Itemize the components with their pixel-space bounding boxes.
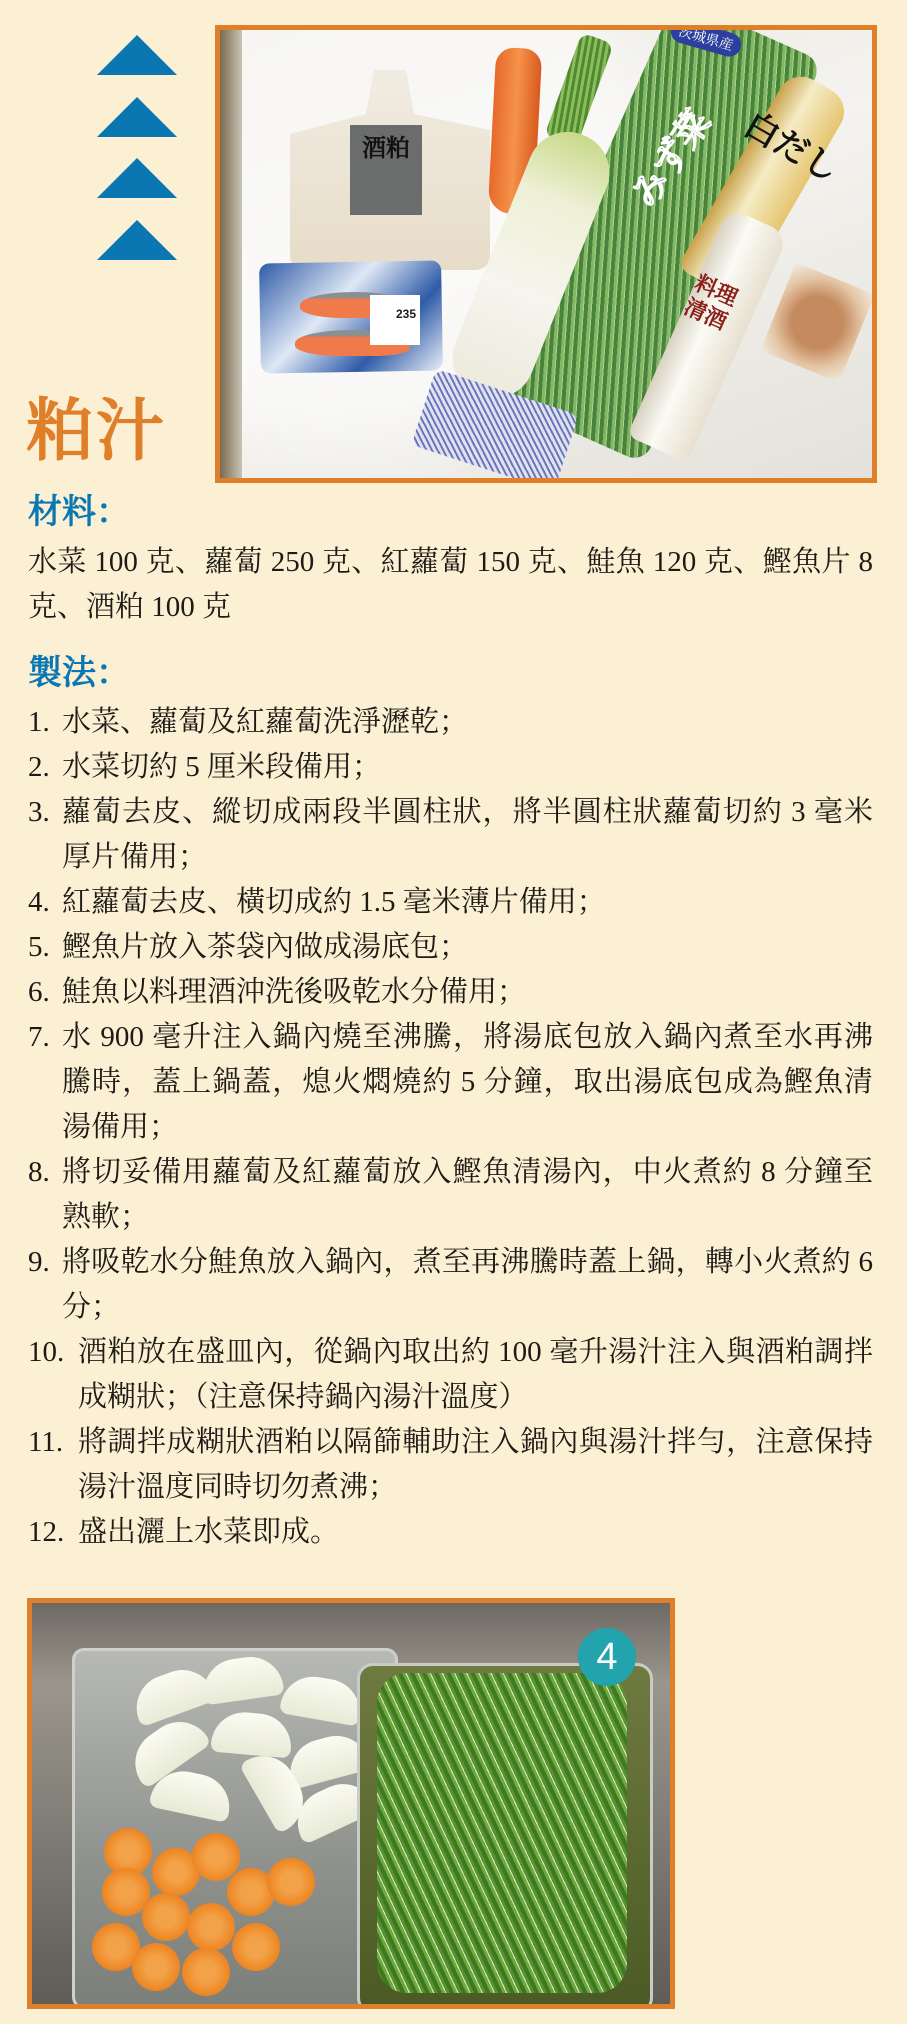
step-number: 4. — [28, 880, 62, 925]
carrot-slice — [132, 1943, 180, 1991]
step-number: 7. — [28, 1015, 62, 1150]
step-item: 10.酒粕放在盛皿內，從鍋內取出約 100 毫升湯汁注入與酒粕調拌成糊狀；（注意… — [28, 1330, 873, 1420]
step-number: 5. — [28, 925, 62, 970]
step-item: 4.紅蘿蔔去皮、橫切成約 1.5 毫米薄片備用； — [28, 880, 873, 925]
step-item: 1.水菜、蘿蔔及紅蘿蔔洗淨瀝乾； — [28, 700, 873, 745]
step-number: 8. — [28, 1150, 62, 1240]
step-text: 水 900 毫升注入鍋內燒至沸騰，將湯底包放入鍋內煮至水再沸騰時，蓋上鍋蓋，熄火… — [62, 1015, 873, 1150]
step-number: 11. — [28, 1420, 78, 1510]
step-item: 8.將切妥備用蘿蔔及紅蘿蔔放入鰹魚清湯內，中火煮約 8 分鐘至熟軟； — [28, 1150, 873, 1240]
recipe-title: 粕汁 — [26, 396, 166, 468]
chopped-mizuna — [377, 1673, 627, 1993]
step-number: 3. — [28, 790, 62, 880]
ingredients-photo: 茨城県産 みず菜 酒粕 235 白だし 料理清酒 — [215, 25, 877, 483]
step-item: 12.盛出灑上水菜即成。 — [28, 1510, 873, 1555]
step-number: 10. — [28, 1330, 78, 1420]
step-number: 12. — [28, 1510, 78, 1555]
step-text: 將切妥備用蘿蔔及紅蘿蔔放入鰹魚清湯內，中火煮約 8 分鐘至熟軟； — [62, 1150, 873, 1240]
step-number: 2. — [28, 745, 62, 790]
step-item: 11.將調拌成糊狀酒粕以隔篩輔助注入鍋內與湯汁拌勻，注意保持湯汁溫度同時切勿煮沸… — [28, 1420, 873, 1510]
step-item: 6.鮭魚以料理酒沖洗後吸乾水分備用； — [28, 970, 873, 1015]
step-item: 9.將吸乾水分鮭魚放入鍋內，煮至再沸騰時蓋上鍋，轉小火煮約 6 分； — [28, 1240, 873, 1330]
triangle-icon — [97, 97, 177, 137]
ingredients-heading: 材料： — [28, 492, 130, 532]
step-text: 將吸乾水分鮭魚放入鍋內，煮至再沸騰時蓋上鍋，轉小火煮約 6 分； — [62, 1240, 873, 1330]
ingredients-text: 水菜 100 克、蘿蔔 250 克、紅蘿蔔 150 克、鮭魚 120 克、鰹魚片… — [28, 540, 873, 630]
price-tag: 235 — [370, 295, 420, 345]
step-item: 5.鰹魚片放入茶袋內做成湯底包； — [28, 925, 873, 970]
bonito-flakes-bag — [760, 263, 874, 383]
step-number: 6. — [28, 970, 62, 1015]
step-text: 將調拌成糊狀酒粕以隔篩輔助注入鍋內與湯汁拌勻，注意保持湯汁溫度同時切勿煮沸； — [78, 1420, 873, 1510]
triangle-icon — [97, 220, 177, 260]
step-number: 1. — [28, 700, 62, 745]
triangle-icon — [97, 158, 177, 198]
carrot-slice — [142, 1893, 190, 1941]
step-item: 3.蘿蔔去皮、縱切成兩段半圓柱狀，將半圓柱狀蘿蔔切約 3 毫米厚片備用； — [28, 790, 873, 880]
carrot-slice — [182, 1948, 230, 1996]
daikon-leaves — [544, 33, 614, 148]
method-heading: 製法： — [28, 653, 130, 693]
step-number-badge: 4 — [578, 1628, 636, 1686]
sake-lees-label: 酒粕 — [350, 125, 422, 215]
step-text: 鮭魚以料理酒沖洗後吸乾水分備用； — [62, 970, 873, 1015]
step-text: 蘿蔔去皮、縱切成兩段半圓柱狀，將半圓柱狀蘿蔔切約 3 毫米厚片備用； — [62, 790, 873, 880]
carrot-slice — [187, 1903, 235, 1951]
triangle-icon — [97, 35, 177, 75]
carrot-slice — [232, 1923, 280, 1971]
carrot-slice — [267, 1858, 315, 1906]
step-number: 9. — [28, 1240, 62, 1330]
step-text: 水菜、蘿蔔及紅蘿蔔洗淨瀝乾； — [62, 700, 873, 745]
step-text: 紅蘿蔔去皮、橫切成約 1.5 毫米薄片備用； — [62, 880, 873, 925]
method-steps: 1.水菜、蘿蔔及紅蘿蔔洗淨瀝乾； 2.水菜切約 5 厘米段備用； 3.蘿蔔去皮、… — [28, 700, 873, 1555]
carrot-slice — [192, 1833, 240, 1881]
step-item: 2.水菜切約 5 厘米段備用； — [28, 745, 873, 790]
step-item: 7.水 900 毫升注入鍋內燒至沸騰，將湯底包放入鍋內煮至水再沸騰時，蓋上鍋蓋，… — [28, 1015, 873, 1150]
photo-edge-shadow — [220, 30, 242, 478]
step-text: 酒粕放在盛皿內，從鍋內取出約 100 毫升湯汁注入與酒粕調拌成糊狀；（注意保持鍋… — [78, 1330, 873, 1420]
step-text: 盛出灑上水菜即成。 — [78, 1510, 873, 1555]
step-text: 水菜切約 5 厘米段備用； — [62, 745, 873, 790]
step-text: 鰹魚片放入茶袋內做成湯底包； — [62, 925, 873, 970]
